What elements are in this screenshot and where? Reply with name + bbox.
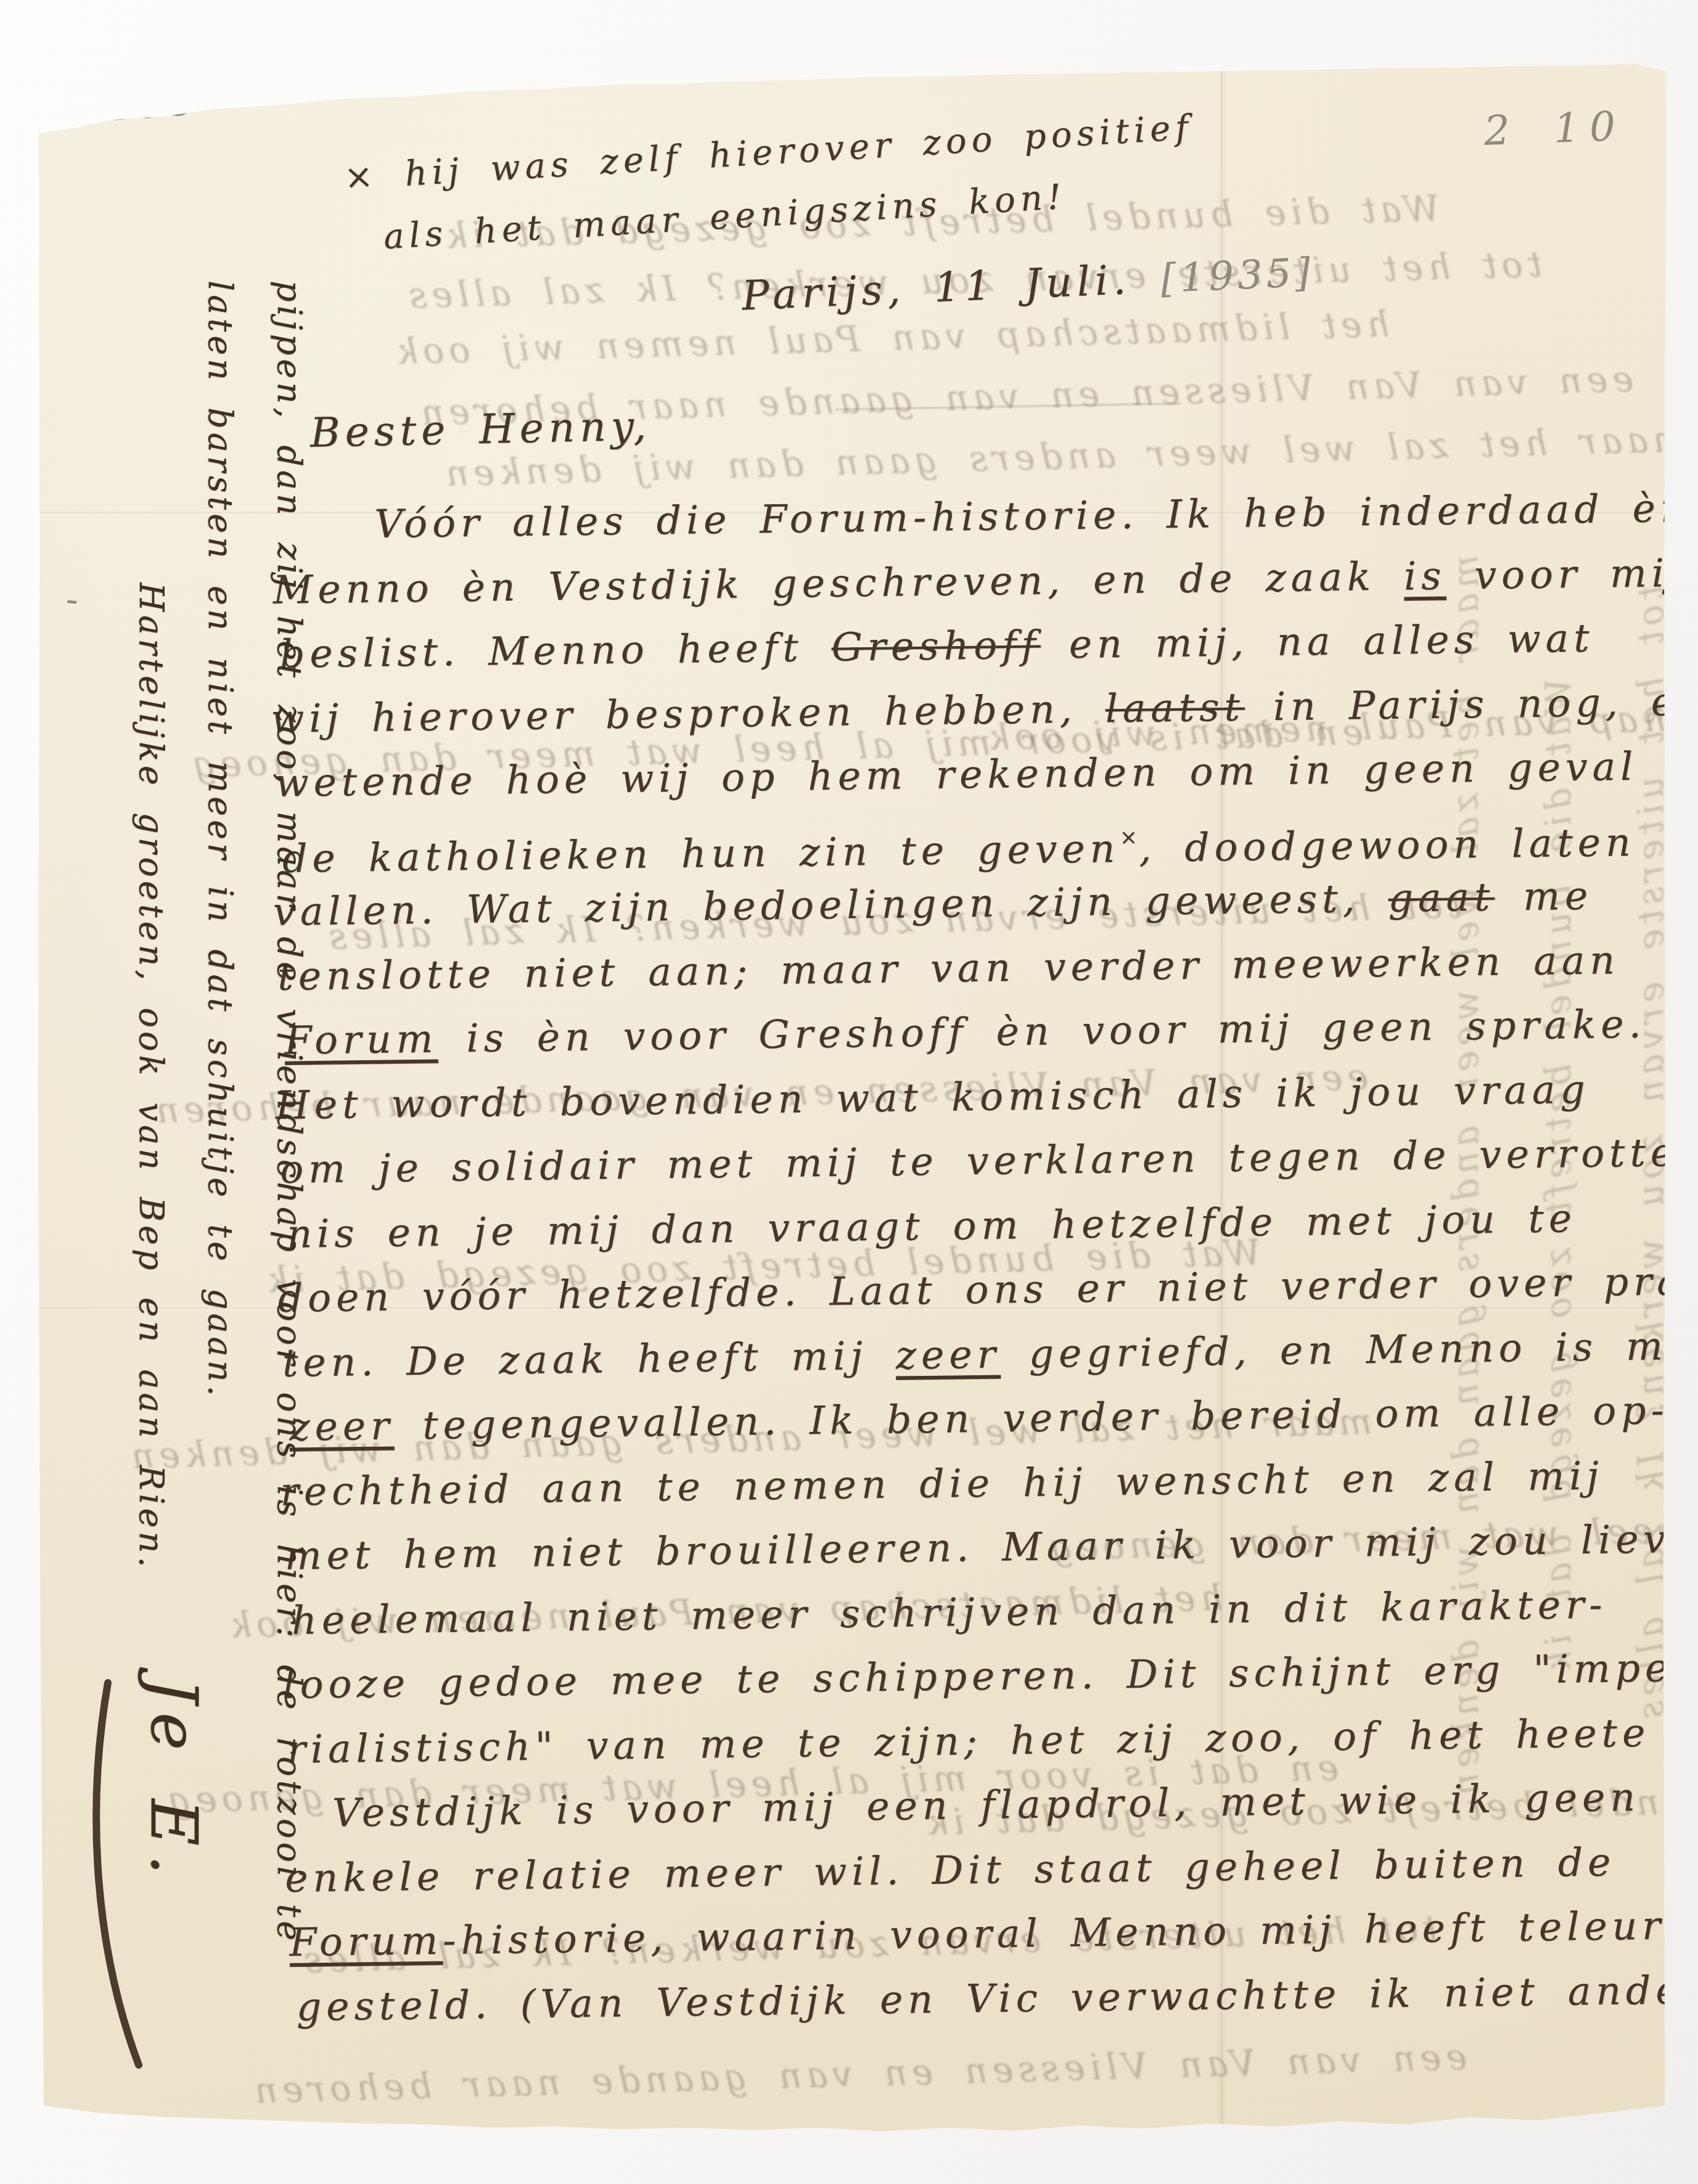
- page-number-left: 155: [105, 78, 202, 130]
- letter-body: Vóór alles die Forum-historie. Ik heb in…: [268, 475, 1698, 2039]
- footnote-marker: ×: [1120, 825, 1139, 849]
- dateline-year-pencil: [1935]: [1160, 250, 1315, 302]
- signature-flourish: [84, 1678, 165, 2072]
- margin-note-line: pijpen, dan zij het zoo, maar de vriends…: [255, 280, 324, 1944]
- salutation: Beste Henny,: [310, 402, 652, 457]
- bleedthrough-line: een van Van Vliessen en van gaande naar …: [249, 2037, 1467, 2111]
- letter-scan-photo: Wat die bundel betreft zoo gezegd dat ik…: [0, 0, 1698, 2184]
- letter-paper: Wat die bundel betreft zoo gezegd dat ik…: [34, 43, 1667, 2136]
- page-number-right: 2 10: [1483, 102, 1626, 155]
- footnote-annotation: × hij was zelf hierover zoo positief als…: [342, 97, 1198, 270]
- bleedthrough-line: het lidmaatschap van Paul nemen wij ook: [391, 304, 1390, 372]
- left-edge-pencil-dash: -: [64, 578, 85, 623]
